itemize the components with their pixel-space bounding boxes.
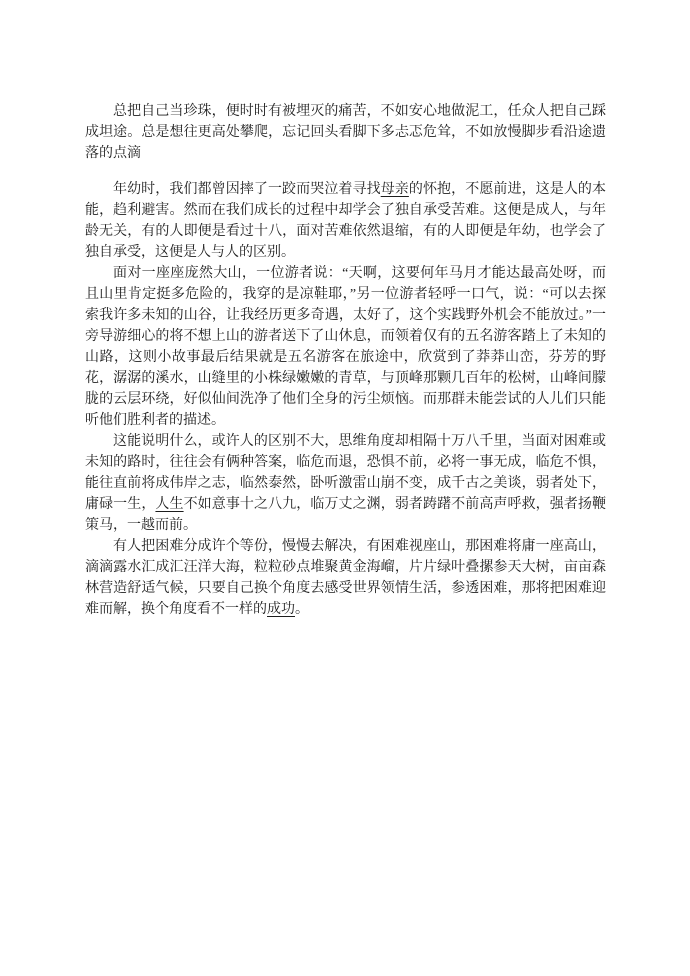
text-run: 年幼时，我们都曾因摔了一跤而哭泣着寻找: [113, 182, 381, 197]
paragraph: 有人把困难分成许个等份，慢慢去解决，有困难视座山，那困难将庸一座高山，滴滴露水汇…: [85, 536, 606, 620]
document-page: 总把自己当珍珠，便时时有被埋灭的痛苦，不如安心地做泥工，任众人把自己踩成坦途。总…: [0, 0, 690, 976]
text-run: 有人把困难分成许个等份，慢慢去解决，有困难视座山，那困难将庸一座高山，滴滴露水汇…: [85, 539, 606, 617]
underlined-text: 成功: [267, 602, 295, 617]
text-run: 总把自己当珍珠，便时时有被埋灭的痛苦，不如安心地做泥工，任众人把自己踩成坦途。总…: [85, 104, 606, 161]
paragraph: 总把自己当珍珠，便时时有被埋灭的痛苦，不如安心地做泥工，任众人把自己踩成坦途。总…: [85, 101, 606, 164]
text-run: 面对一座座庞然大山，一位游者说：“天啊，这要何年马月才能达最高处呀，而且山里肯定…: [85, 266, 606, 428]
document-body: 总把自己当珍珠，便时时有被埋灭的痛苦，不如安心地做泥工，任众人把自己踩成坦途。总…: [85, 101, 606, 620]
paragraph: 面对一座座庞然大山，一位游者说：“天啊，这要何年马月才能达最高处呀，而且山里肯定…: [85, 263, 606, 431]
underlined-text: 人生: [155, 497, 183, 512]
paragraph: 这能说明什么，或许人的区别不大，思维角度却相隔十万八千里，当面对困难或未知的路时…: [85, 431, 606, 536]
underlined-text: 母亲: [381, 182, 409, 197]
paragraph: 年幼时，我们都曾因摔了一跤而哭泣着寻找母亲的怀抱，不愿前进，这是人的本能，趋利避…: [85, 179, 606, 263]
text-run: 。: [295, 602, 309, 617]
